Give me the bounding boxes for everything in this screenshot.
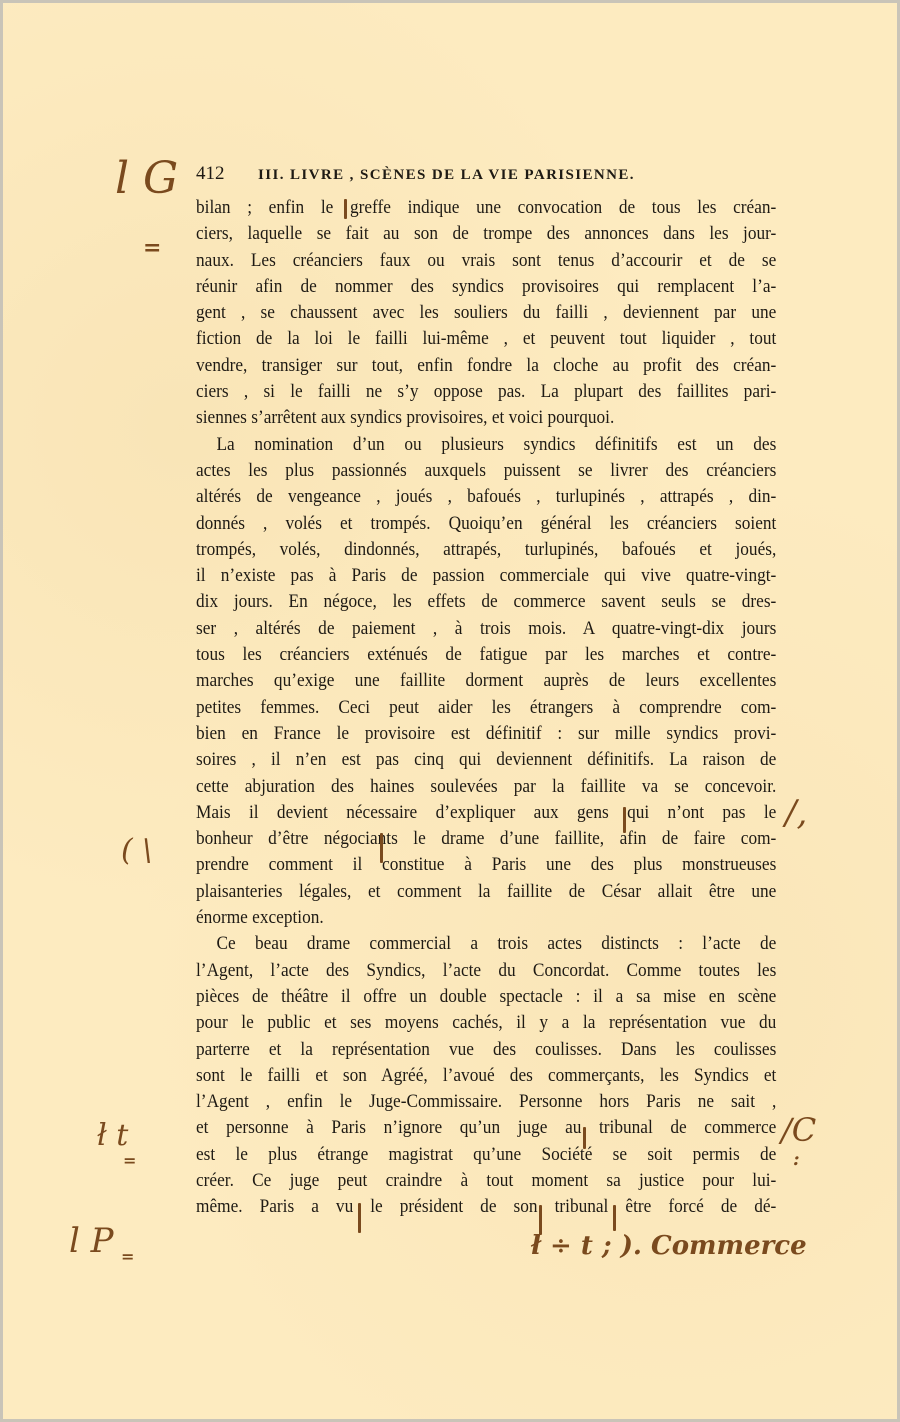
text-line: l’Agent, l’acte des Syndics, l’acte du C… <box>196 958 776 984</box>
annotation-left-top: l G <box>115 153 178 204</box>
text-line: naux. Les créanciers faux ou vrais sont … <box>196 248 776 274</box>
running-title: III. LIVRE , SCÈNES DE LA VIE PARISIENNE… <box>258 167 635 184</box>
text-line: énorme exception. <box>196 905 776 931</box>
body-text: bilan ; enfin le greffe indique une conv… <box>196 195 776 1221</box>
text-line: est le plus étrange magistrat qu’une Soc… <box>196 1142 776 1168</box>
text-line: soires , il n’en est pas cinq qui devien… <box>196 747 776 773</box>
text-line: fiction de la loi le failli lui-même , e… <box>196 326 776 352</box>
text-line: donnés , volés et trompés. Quoiqu’en gén… <box>196 511 776 537</box>
text-line: tous les créanciers exténués de fatigue … <box>196 642 776 668</box>
insertion-mark <box>344 199 347 219</box>
text-line: bien en France le provisoire est définit… <box>196 721 776 747</box>
insertion-mark <box>613 1205 616 1231</box>
insertion-mark <box>583 1127 586 1149</box>
annotation-right-low: /C <box>781 1111 816 1149</box>
text-line: vendre, transiger sur tout, enfin fondre… <box>196 353 776 379</box>
text-line: gent , se chaussent avec les souliers du… <box>196 300 776 326</box>
text-line: cette abjuration des haines soulevées pa… <box>196 774 776 800</box>
text-line: siennes s’arrêtent aux syndics provisoir… <box>196 405 776 431</box>
text-line: Ce beau drame commercial a trois actes d… <box>196 931 776 957</box>
annotation-left-bottom-mark: = <box>121 1247 134 1266</box>
text-line: même. Paris a vu le président de son tri… <box>196 1194 776 1220</box>
text-line: petites femmes. Ceci peut aider les étra… <box>196 695 776 721</box>
annotation-bottom-note: ł ÷ t ; ). Commerce <box>531 1231 807 1261</box>
text-line: parterre et la représentation vue des co… <box>196 1037 776 1063</box>
text-line: bonheur d’être négociants le drame d’une… <box>196 826 776 852</box>
text-line: altérés de vengeance , joués , bafoués ,… <box>196 484 776 510</box>
insertion-mark <box>380 833 383 863</box>
running-head: 412 III. LIVRE , SCÈNES DE LA VIE PARISI… <box>196 163 776 195</box>
page-number: 412 <box>196 163 258 185</box>
text-line: l’Agent , enfin le Juge-Commissaire. Per… <box>196 1089 776 1115</box>
text-line: actes les plus passionnés auxquels puiss… <box>196 458 776 484</box>
text-line: dix jours. En négoce, les effets de comm… <box>196 589 776 615</box>
text-line: ser , altérés de paiement , à trois mois… <box>196 616 776 642</box>
annotation-right-mid: /, <box>785 793 807 833</box>
text-line: sont le failli et son Agréé, l’avoué des… <box>196 1063 776 1089</box>
text-line: trompés, volés, dindonnés, attrapés, tur… <box>196 537 776 563</box>
annotation-left-bottom: l P <box>69 1221 114 1261</box>
text-line: Mais il devient nécessaire d’expliquer a… <box>196 800 776 826</box>
text-line: plaisanteries légales, et comment la fai… <box>196 879 776 905</box>
text-line: bilan ; enfin le greffe indique une conv… <box>196 195 776 221</box>
text-line: marches qu’exige une faillite dorment au… <box>196 668 776 694</box>
text-line: prendre comment il constitue à Paris une… <box>196 852 776 878</box>
annotation-right-low-mark: : <box>793 1149 800 1170</box>
text-block: 412 III. LIVRE , SCÈNES DE LA VIE PARISI… <box>196 163 776 1221</box>
annotation-left-top-mark: = <box>143 235 161 261</box>
annotation-left-low-mark: = <box>123 1151 136 1170</box>
text-line: ciers , si le failli ne s’y oppose pas. … <box>196 379 776 405</box>
annotation-left-low: ł t <box>97 1118 128 1153</box>
text-line: créer. Ce juge peut craindre à tout mome… <box>196 1168 776 1194</box>
book-page: 412 III. LIVRE , SCÈNES DE LA VIE PARISI… <box>3 3 897 1419</box>
text-line: pièces de théâtre il offre un double spe… <box>196 984 776 1010</box>
text-line: réunir afin de nommer des syndics provis… <box>196 274 776 300</box>
annotation-left-mid: ( \ <box>121 833 152 868</box>
text-line: et personne à Paris n’ignore qu’un juge … <box>196 1115 776 1141</box>
text-line: pour le public et ses moyens cachés, il … <box>196 1010 776 1036</box>
text-line: La nomination d’un ou plusieurs syndics … <box>196 432 776 458</box>
insertion-mark <box>539 1205 542 1235</box>
insertion-mark <box>358 1203 361 1233</box>
text-line: ciers, laquelle se fait au son de trompe… <box>196 221 776 247</box>
text-line: il n’existe pas à Paris de passion comme… <box>196 563 776 589</box>
insertion-mark <box>623 807 626 833</box>
